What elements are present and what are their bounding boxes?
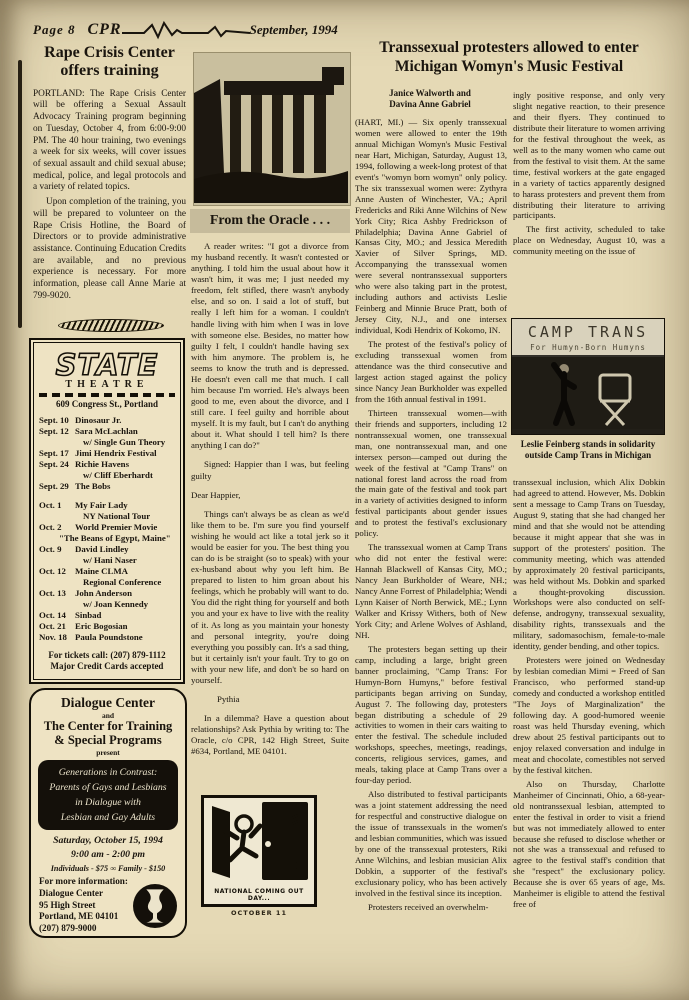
paragraph: The protesters began setting up their ca… (355, 644, 507, 786)
paragraph: Protesters were joined on Wednesday by l… (513, 655, 665, 775)
paragraph: Also distributed to festival participant… (355, 789, 507, 899)
paragraph: The first activity, scheduled to take pl… (513, 224, 665, 257)
paragraph: Thirteen transsexual women—with their fr… (355, 408, 507, 539)
state-theatre-ad: STATE THEATRE 609 Congress St., Portland… (29, 338, 185, 684)
scan-artifact (18, 60, 22, 328)
paragraph: PORTLAND: The Rape Crisis Center will be… (33, 89, 186, 194)
org-name: The Center for Training & Special Progra… (35, 720, 181, 748)
temple-ruins-photo (193, 52, 351, 206)
columnist-signature: Pythia (191, 694, 349, 705)
article-headline-transsexual-protesters: Transsexual protesters allowed to enter … (350, 38, 668, 77)
newspaper-page: Page 8 CPR September, 1994 Rape Crisis C… (0, 0, 689, 1000)
list-item: Sept. 10Dinosaur Jr. (39, 415, 175, 426)
event-price: Individuals - $75 ∞ Family - $150 (35, 864, 181, 873)
ticket-info: For tickets call: (207) 879-1112 Major C… (39, 650, 175, 673)
paragraph: (HART, MI.) — Six openly transsexual wom… (355, 117, 507, 336)
camp-trans-photo: CAMP TRANS For Humyn-Born Humyns Leslie … (511, 318, 665, 462)
event-title-panel: Generations in Contrast: Parents of Gays… (38, 760, 178, 831)
faces-vase-logo-icon (133, 884, 177, 928)
oracle-column-header: From the Oracle . . . (190, 209, 350, 233)
photo-scene (512, 357, 663, 429)
article-headline: Rape Crisis Center offers training (33, 44, 186, 81)
ad-subcaption: OCTOBER 11 (201, 909, 317, 917)
paragraph: A reader writes: "I got a divorce from m… (191, 241, 349, 451)
byline: Janice Walworth and Davina Anne Gabriel (354, 88, 506, 111)
event-listings: Sept. 10Dinosaur Jr. Sept. 12Sara McLach… (39, 415, 175, 643)
contact-info: For more information: Dialogue Center 95… (35, 876, 181, 936)
issue-date: September, 1994 (250, 22, 338, 38)
list-item: Oct. 14Sinbad (39, 610, 175, 621)
list-item: Nov. 18Paula Poundstone (39, 632, 175, 643)
dashed-rule (39, 393, 175, 397)
theatre-address: 609 Congress St., Portland (39, 399, 175, 409)
dialogue-center-ad: Dialogue Center and The Center for Train… (29, 688, 187, 938)
article-column-right-upper: ingly positive response, and only very s… (513, 90, 665, 318)
hatched-divider-icon (58, 319, 164, 332)
svg-text:STATE: STATE (56, 348, 159, 381)
coming-out-day-ad: NATIONAL COMING OUT DAY... OCTOBER 11 (201, 795, 317, 917)
paragraph: transsexual inclusion, which Alix Dobkin… (513, 477, 665, 652)
paragraph: ingly positive response, and only very s… (513, 90, 665, 221)
paragraph: The transsexual women at Camp Trans who … (355, 542, 507, 641)
list-item: Oct. 12Maine CLMA (39, 566, 175, 577)
article-column-right-lower: transsexual inclusion, which Alix Dobkin… (513, 477, 665, 1000)
haring-coming-out-figure-icon (204, 798, 314, 882)
list-item: Oct. 21Eric Bogosian (39, 621, 175, 632)
paragraph: Things can't always be as clean as we'd … (191, 509, 349, 686)
org-name: Dialogue Center (35, 695, 181, 711)
paragraph: Also on Thursday, Charlotte Manheimer of… (513, 779, 665, 910)
heartbeat-line-icon (122, 20, 250, 40)
list-item: Oct. 13John Anderson (39, 588, 175, 599)
list-item: Oct. 9David Lindley (39, 544, 175, 555)
list-item: Oct. 1My Fair Lady (39, 500, 175, 511)
state-theatre-logo: STATE (41, 347, 173, 381)
list-item: Sept. 17Jimi Hendrix Festival (39, 448, 175, 459)
photo-caption: Leslie Feinberg stands in solidarity out… (511, 439, 665, 462)
ad-caption: NATIONAL COMING OUT DAY... (204, 887, 314, 904)
salutation: Dear Happier, (191, 490, 349, 501)
paragraph: In a dilemma? Have a question about rela… (191, 713, 349, 757)
list-item: Sept. 24Richie Havens (39, 459, 175, 470)
paragraph: The protest of the festival's policy of … (355, 339, 507, 405)
article-column-left: (HART, MI.) — Six openly transsexual wom… (355, 117, 507, 945)
list-item: Sept. 12Sara McLachlan (39, 426, 175, 437)
list-item: Oct. 2World Premier Movie (39, 522, 175, 533)
list-item: Sept. 29The Bobs (39, 481, 175, 492)
paragraph: Upon completion of the training, you wil… (33, 197, 186, 302)
signature-line: Signed: Happier than I was, but feeling … (191, 459, 349, 481)
paragraph: Protesters received an overwhelm- (355, 902, 507, 913)
masthead: Page 8 CPR September, 1994 (33, 20, 363, 40)
page-number: Page 8 (33, 22, 75, 38)
article-rape-crisis-training: Rape Crisis Center offers training PORTL… (33, 44, 186, 305)
article-from-the-oracle: A reader writes: "I got a divorce from m… (191, 241, 349, 791)
paper-name: CPR (87, 21, 121, 39)
event-datetime: Saturday, October 15, 1994 9:00 am - 2:0… (35, 834, 181, 861)
camp-trans-banner: CAMP TRANS For Humyn-Born Humyns (512, 319, 664, 357)
